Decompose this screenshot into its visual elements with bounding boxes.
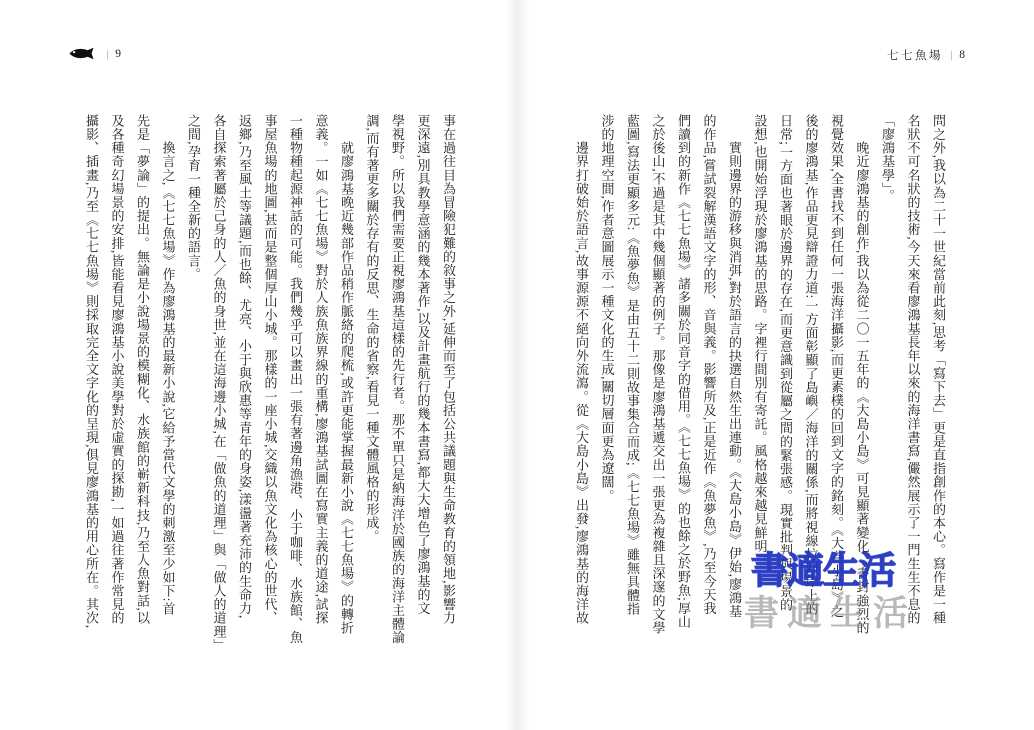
book-spread: | 9 七七魚場 | 8 問之外,我以為二十一世紀當前此刻,思考「寫下去」更是直… [0, 0, 1034, 730]
page-8-text-block: 問之外,我以為二十一世紀當前此刻,思考「寫下去」更是直指創作的本心。寫作是一種名… [574, 114, 945, 666]
text-column: 之間,孕育一種全新的語言。 [186, 114, 200, 666]
right-page-number: 8 [959, 49, 965, 61]
text-column: 攝影、插畫,乃至《七七魚場》則採取完全文字化的呈現,俱見廖鴻基的用心所在。其次, [84, 114, 98, 666]
text-column: 涉的地理空間,作者意圖展示一種文化的生成,關切層面更為遼闊。 [600, 114, 614, 666]
text-column: 後的廖鴻基,作品更見辯證力道:一方面彰顯了島嶼／海洋的關係,而將視線拉回岸上的 [804, 114, 818, 666]
text-column: 們讀到的新作《七七魚場》諸多關於同音字的借用。《七七魚場》的也餘之於野魚;厚山 [676, 114, 690, 666]
text-column: 各自探索著屬於己身的人／魚的身世,並在這海邊小城,在「做魚的道理」與「做人的道理… [212, 114, 226, 666]
left-page-header: | 9 [68, 47, 121, 60]
left-page-number: 9 [115, 48, 121, 60]
text-column: 問之外,我以為二十一世紀當前此刻,思考「寫下去」更是直指創作的本心。寫作是一種 [931, 114, 945, 666]
header-separator: | [106, 48, 107, 60]
text-column: 事在過往目為冒險犯難的敘事之外,延伸而至了包括公共議題與生命教育的領地,影響力 [441, 114, 455, 666]
book-title: 七七魚場 [887, 47, 943, 63]
text-column: 更深遠,別具教學意涵的幾本著作,以及計畫航行的幾本書寫,都大大增色了廖鴻基的文 [416, 114, 430, 666]
fish-icon [68, 47, 99, 60]
page-gutter [505, 0, 529, 730]
text-column: 「廖鴻基學」。 [880, 114, 894, 666]
text-column: 先是「夢論」的提出。無論是小說場景的模糊化、水族館的嶄新科技,乃至人魚對話,以 [135, 114, 149, 666]
text-column: 意義。一如《七七魚場》對於人族魚族界線的重構,廖鴻基試圖在寫實主義的道途,試探 [314, 114, 328, 666]
text-column: 學視野。所以我們需要正視廖鴻基這樣的先行者。那不單只是納海洋於國族的海洋主體論 [390, 114, 404, 666]
text-column: 返鄉,乃至風土等議題,而也餘、尤亮、小于與欣惠等青年的身姿,漾盪著充沛的生命力, [237, 114, 251, 666]
text-column: 視覺效果,全書找不到任何一張海洋攝影,而更素樸的回到文字的銘刻。《大島小島》之 [829, 114, 843, 666]
text-column: 設想,也開始浮現於廖鴻基的思路。字裡行間別有寄託。風格越來越見鮮明。 [753, 114, 767, 666]
header-separator: | [950, 49, 951, 61]
text-column: 就廖鴻基晚近幾部作品稍作脈絡的爬梳,或許更能掌握最新小說《七七魚場》的轉折 [339, 114, 353, 666]
page-9-text-block: 事在過往目為冒險犯難的敘事之外,延伸而至了包括公共議題與生命教育的領地,影響力更… [84, 114, 455, 666]
text-column: 邊界打破始於語言,故事源源不絕向外流瀉。從《大島小島》出發,廖鴻基的海洋故 [574, 114, 588, 666]
text-column: 藍圖,寫法更顯多元:《魚夢魚》是由五十二則故事集合而成;《七七魚場》雖無具體指 [625, 114, 639, 666]
text-column: 事屋魚場的地圖,甚而是整個厚山小城。那樣的一座小城,交織以魚文化為核心的世代、 [263, 114, 277, 666]
text-column: 晚近廖鴻基的創作,我以為從二〇一五年的《大島小島》可見顯著變化。書封強烈的 [855, 114, 869, 666]
text-column: 的作品,嘗試裂解漢語文字的形、音與義。影響所及,正是近作《魚夢魚》,乃至今天我 [702, 114, 716, 666]
text-column: 換言之,《七七魚場》作為廖鴻基的最新小說,它給予當代文學的刺激至少如下:首 [161, 114, 175, 666]
text-column: 調,而有著更多關於存有的反思、生命的省察,看見一種文體風格的形成。 [365, 114, 379, 666]
text-column: 實則邊界的游移與消弭,對於語言的抉選自然生出連動。《大島小島》伊始,廖鴻基 [727, 114, 741, 666]
text-column: 日常;一方面也著眼於邊界的存在,而更意識到從屬之間的緊張感。現實批判與場景的 [778, 114, 792, 666]
right-page-header: 七七魚場 | 8 [887, 47, 965, 63]
text-column: 及各種奇幻場景的安排,皆能看見廖鴻基小說美學對於虛實的探勘,一如過往著作常見的 [110, 114, 124, 666]
text-column: 名狀不可名狀的技術,今天來看廖鴻基長年以來的海洋書寫,儼然展示了一門生生不息的 [906, 114, 920, 666]
text-column: 之於後山,不過是其中幾個顯著的例子。那像是廖鴻基遞交出一張更為複雜且深邃的文學 [651, 114, 665, 666]
text-column: 一種物種起源神話的可能。我們幾乎可以畫出一張有著邊角漁港、小于咖啡、水族館、魚 [288, 114, 302, 666]
